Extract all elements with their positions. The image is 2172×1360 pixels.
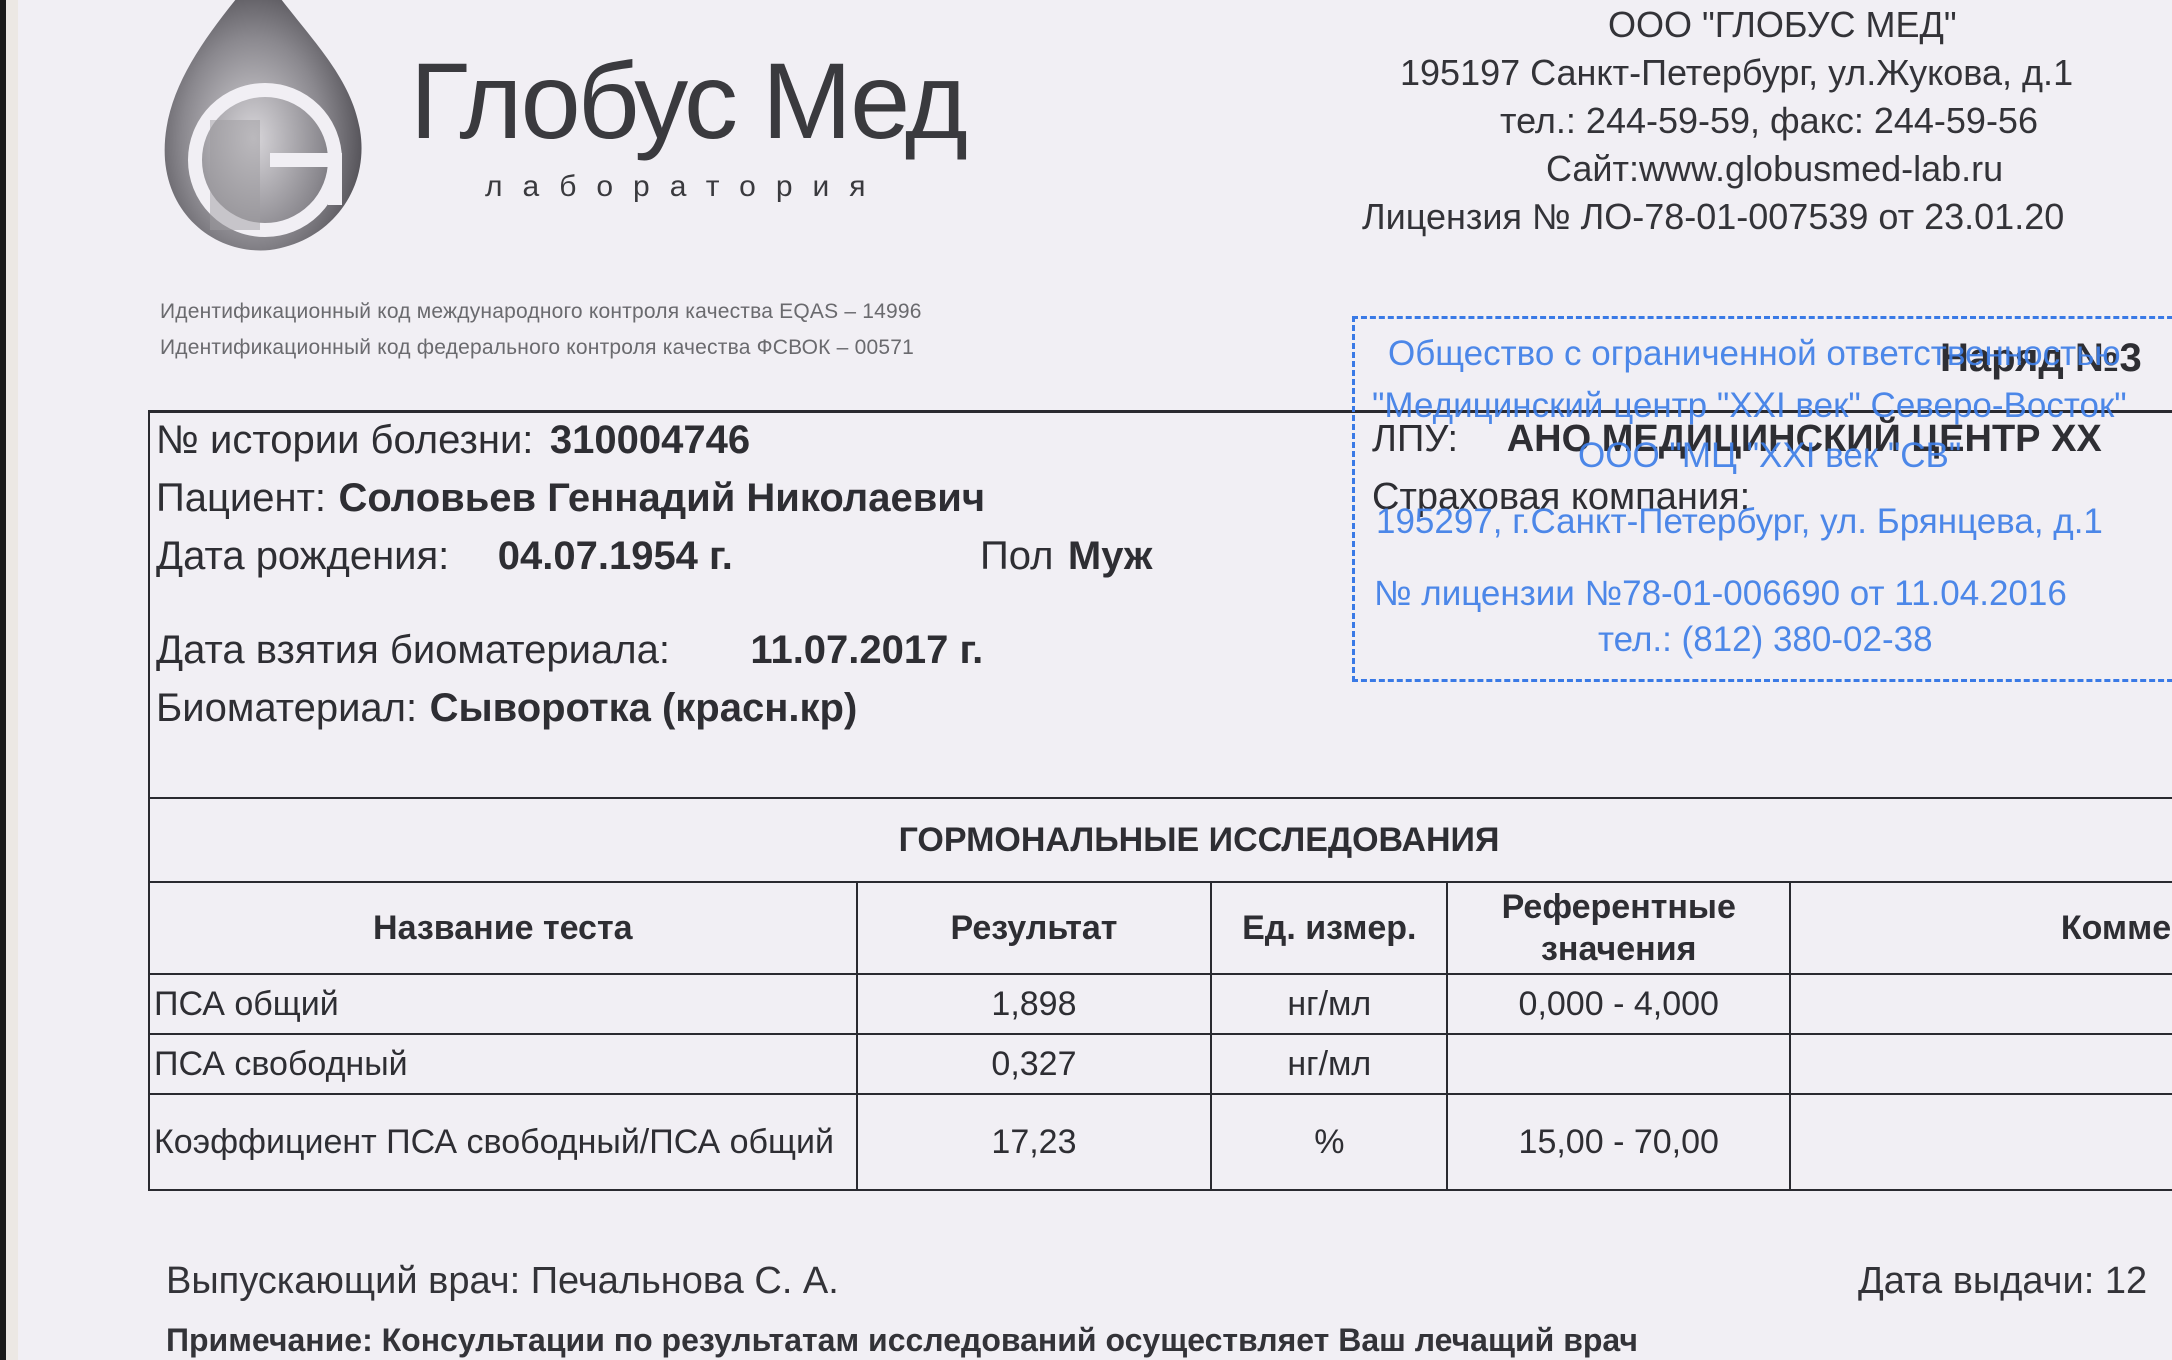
test-unit: нг/мл xyxy=(1211,974,1447,1034)
test-comment xyxy=(1790,974,2172,1034)
test-result: 0,327 xyxy=(857,1034,1212,1094)
column-header-result: Результат xyxy=(857,882,1212,974)
issue-date-value: 12 xyxy=(2105,1260,2147,1302)
test-unit: нг/мл xyxy=(1211,1034,1447,1094)
test-result: 17,23 xyxy=(857,1094,1212,1190)
sample-date-value: 11.07.2017 г. xyxy=(750,628,983,672)
sample-date-row: Дата взятия биоматериала: 11.07.2017 г. xyxy=(156,628,983,673)
results-table: ГОРМОНАЛЬНЫЕ ИССЛЕДОВАНИЯ Название теста… xyxy=(148,797,2172,1191)
issue-date-label: Дата выдачи: xyxy=(1858,1260,2094,1302)
dob-row: Дата рождения: 04.07.1954 г. xyxy=(156,534,733,579)
test-name: ПСА общий xyxy=(149,974,857,1034)
quality-code-fsvok: Идентификационный код федерального контр… xyxy=(160,336,914,360)
issue-date-row: Дата выдачи: 12 xyxy=(1858,1260,2147,1303)
patient-label: Пациент: xyxy=(156,476,326,520)
org-name: ООО "ГЛОБУС МЕД" xyxy=(1608,4,1957,46)
consultation-note: Примечание: Консультации по результатам … xyxy=(166,1322,1638,1359)
org-license: Лицензия № ЛО-78-01-007539 от 23.01.20 xyxy=(1362,196,2064,238)
test-reference xyxy=(1447,1034,1790,1094)
org-phones: тел.: 244-59-59, факс: 244-59-56 xyxy=(1500,100,2038,142)
dob-value: 04.07.1954 г. xyxy=(498,534,733,578)
dob-label: Дата рождения: xyxy=(156,534,449,578)
stamp-line-5: № лицензии №78-01-006690 от 11.04.2016 xyxy=(1374,574,2067,614)
sex-row: Пол Муж xyxy=(980,534,1152,579)
stamp-line-2: "Медицинский центр "XXI век" Северо-Вост… xyxy=(1372,386,2127,426)
column-header-unit: Ед. измер. xyxy=(1211,882,1447,974)
stamp-line-4: 195297, г.Санкт-Петербург, ул. Брянцева,… xyxy=(1376,502,2103,542)
patient-row: Пациент: Соловьев Геннадий Николаевич xyxy=(156,476,985,521)
doctor-label: Выпускающий врач: xyxy=(166,1260,520,1302)
test-reference: 0,000 - 4,000 xyxy=(1447,974,1790,1034)
test-comment xyxy=(1790,1034,2172,1094)
sex-value: Муж xyxy=(1068,534,1152,578)
history-label: № истории болезни: xyxy=(156,418,533,462)
scan-margin xyxy=(6,0,18,1360)
org-site: Сайт:www.globusmed-lab.ru xyxy=(1546,148,2003,190)
sex-label: Пол xyxy=(980,534,1053,578)
test-reference: 15,00 - 70,00 xyxy=(1447,1094,1790,1190)
biomaterial-label: Биоматериал: xyxy=(156,686,417,730)
column-header-test: Название теста xyxy=(149,882,857,974)
test-name: ПСА свободный xyxy=(149,1034,857,1094)
table-row: ПСА свободный 0,327 нг/мл xyxy=(149,1034,2172,1094)
biomaterial-row: Биоматериал: Сыворотка (красн.кр) xyxy=(156,686,857,731)
globe-drop-g-logo-icon xyxy=(150,0,380,270)
logo-subtitle: лаборатория xyxy=(485,170,886,204)
history-row: № истории болезни: 310004746 xyxy=(156,418,750,463)
column-header-reference: Референтные значения xyxy=(1447,882,1790,974)
stamp-line-3: ООО "МЦ "XXI век "СВ" xyxy=(1578,436,1961,476)
sample-date-label: Дата взятия биоматериала: xyxy=(156,628,670,672)
stamp-line-1: Общество с ограниченной ответственностью xyxy=(1388,334,2121,374)
biomaterial-value: Сыворотка (красн.кр) xyxy=(430,686,858,730)
section-title: ГОРМОНАЛЬНЫЕ ИССЛЕДОВАНИЯ xyxy=(149,798,2172,882)
test-name: Коэффициент ПСА свободный/ПСА общий xyxy=(149,1094,857,1190)
doctor-row: Выпускающий врач: Печальнова С. А. xyxy=(166,1260,839,1303)
history-number: 310004746 xyxy=(550,418,750,462)
quality-code-eqas: Идентификационный код международного кон… xyxy=(160,300,922,324)
test-result: 1,898 xyxy=(857,974,1212,1034)
column-header-comment: Комментар xyxy=(1790,882,2172,974)
table-row: ПСА общий 1,898 нг/мл 0,000 - 4,000 xyxy=(149,974,2172,1034)
doctor-name: Печальнова С. А. xyxy=(531,1260,839,1302)
patient-name: Соловьев Геннадий Николаевич xyxy=(338,476,985,520)
test-comment xyxy=(1790,1094,2172,1190)
org-address: 195197 Санкт-Петербург, ул.Жукова, д.1 xyxy=(1400,52,2073,94)
test-unit: % xyxy=(1211,1094,1447,1190)
stamp-line-6: тел.: (812) 380-02-38 xyxy=(1598,620,1933,660)
table-row: Коэффициент ПСА свободный/ПСА общий 17,2… xyxy=(149,1094,2172,1190)
logo-name: Глобус Мед xyxy=(410,38,965,163)
